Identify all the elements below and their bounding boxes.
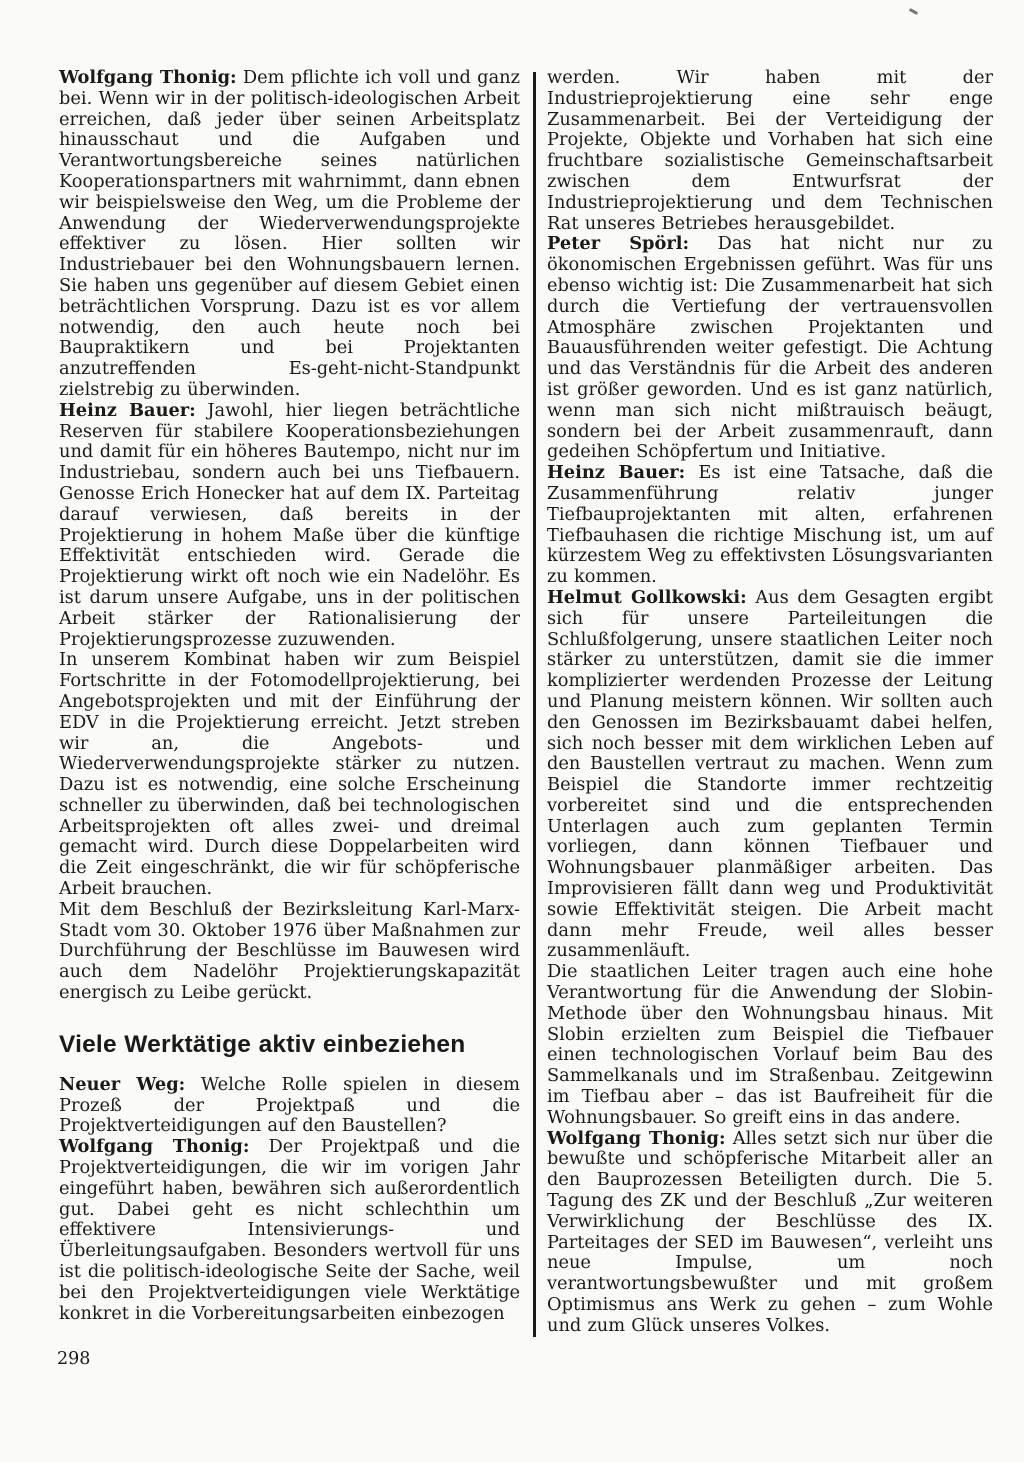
magazine-page: Wolfgang Thonig: Dem pflichte ich voll u… xyxy=(0,0,1024,1462)
speaker-name: Wolfgang Thonig: xyxy=(547,1128,726,1149)
paragraph: werden. Wir haben mit der Industrieproje… xyxy=(547,68,993,234)
paragraph-text: Alles setzt sich nur über die bewußte un… xyxy=(547,1128,993,1336)
page-number: 298 xyxy=(57,1349,90,1370)
paragraph-text: Aus dem Gesagten ergibt sich für unsere … xyxy=(547,587,993,962)
paragraph: Wolfgang Thonig: Der Projektpaß und die … xyxy=(59,1137,520,1324)
speaker-name: Wolfgang Thonig: xyxy=(59,67,237,88)
paragraph: Wolfgang Thonig: Alles setzt sich nur üb… xyxy=(547,1129,993,1337)
speaker-name: Neuer Weg: xyxy=(59,1074,185,1095)
paragraph: Mit dem Beschluß der Bezirksleitung Karl… xyxy=(59,900,520,1004)
paragraph-text: Mit dem Beschluß der Bezirksleitung Karl… xyxy=(59,899,520,1003)
scan-artifact xyxy=(466,757,469,760)
paragraph-text: Jawohl, hier liegen beträchtliche Reserv… xyxy=(59,400,520,650)
paragraph-text: Die staatlichen Leiter tragen auch eine … xyxy=(547,961,993,1128)
column-divider-rule xyxy=(533,72,536,1337)
paragraph-text: In unserem Kombinat haben wir zum Beispi… xyxy=(59,649,520,899)
paragraph-text: werden. Wir haben mit der Industrieproje… xyxy=(547,67,993,234)
paragraph: Peter Spörl: Das hat nicht nur zu ökonom… xyxy=(547,234,993,463)
right-text-column: werden. Wir haben mit der Industrieproje… xyxy=(547,68,993,1337)
paragraph-text: Dem pflichte ich voll und ganz bei. Wenn… xyxy=(59,67,520,400)
speaker-name: Heinz Bauer: xyxy=(59,400,196,421)
scan-artifact xyxy=(909,8,918,15)
left-text-column: Wolfgang Thonig: Dem pflichte ich voll u… xyxy=(59,68,520,1324)
paragraph: Heinz Bauer: Jawohl, hier liegen beträch… xyxy=(59,401,520,651)
section-heading: Viele Werktätige aktiv einbeziehen xyxy=(59,1031,520,1058)
paragraph: Neuer Weg: Welche Rolle spielen in diese… xyxy=(59,1075,520,1137)
paragraph-text: Das hat nicht nur zu ökonomischen Ergebn… xyxy=(547,233,993,462)
speaker-name: Helmut Gollkowski: xyxy=(547,587,747,608)
speaker-name: Heinz Bauer: xyxy=(547,462,685,483)
paragraph: Heinz Bauer: Es ist eine Tatsache, daß d… xyxy=(547,463,993,588)
speaker-name: Peter Spörl: xyxy=(547,233,689,254)
paragraph: Die staatlichen Leiter tragen auch eine … xyxy=(547,962,993,1128)
paragraph-text: Der Projektpaß und die Projektverteidigu… xyxy=(59,1136,520,1323)
paragraph: Wolfgang Thonig: Dem pflichte ich voll u… xyxy=(59,68,520,401)
paragraph: In unserem Kombinat haben wir zum Beispi… xyxy=(59,650,520,900)
speaker-name: Wolfgang Thonig: xyxy=(59,1136,249,1157)
paragraph: Helmut Gollkowski: Aus dem Gesagten ergi… xyxy=(547,588,993,962)
